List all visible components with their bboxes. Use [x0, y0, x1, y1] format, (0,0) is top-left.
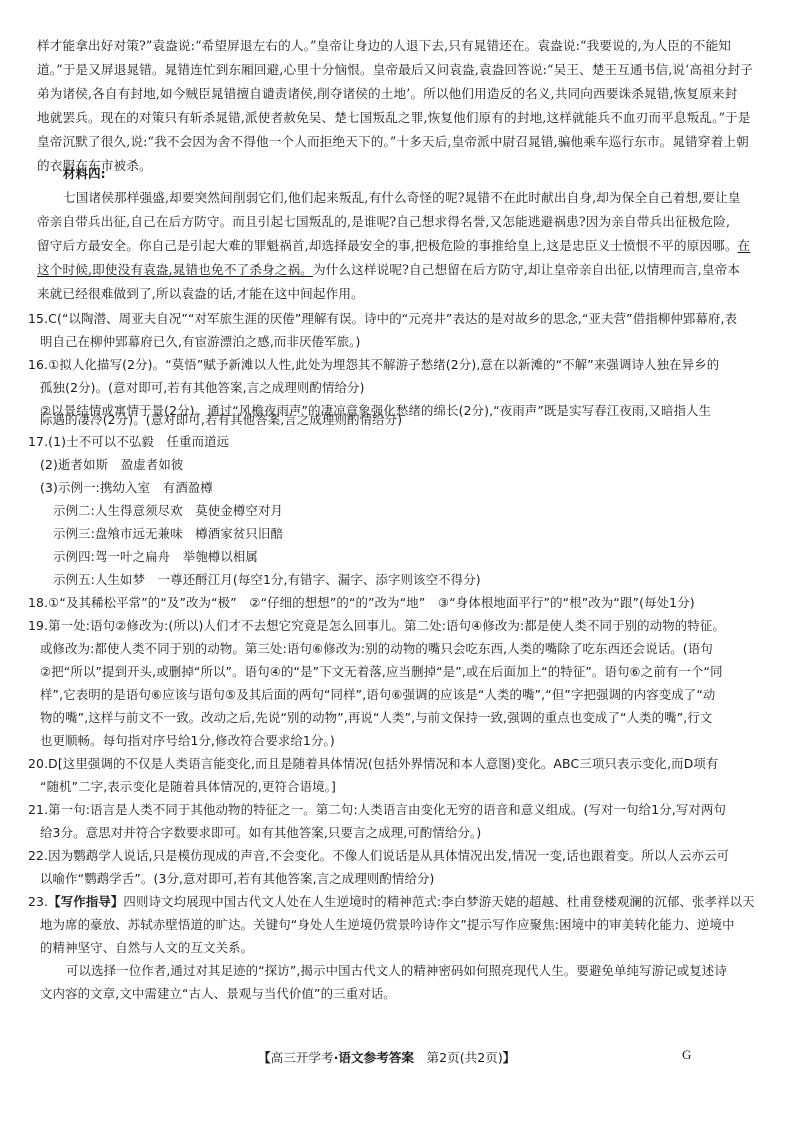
writing-guide-tag: 【写作指导】: [48, 894, 123, 909]
answer-15-line-1: 15.C(“以陶潜、周亚夫自况”“对军旅生涯的厌倦”理解有误。诗中的“元亮井”表…: [28, 311, 737, 327]
material3-line-3: 弟为诸侯,各自有封地,如今贼臣晁错擅自谴责诸侯,削夺诸侯的土地’。所以他们用造反…: [37, 86, 737, 102]
material3-line-4: 地就罢兵。现在的对策只有斩杀晁错,派使者赦免吴、楚七国叛乱之罪,恢复他们原有的封…: [37, 110, 751, 126]
answer-15-line-2: 明自己在柳仲郢幕府已久,有宦游漂泊之感,而非厌倦军旅。): [40, 334, 360, 350]
answer-23-line-5: 文内容的文章,文中需建立“古人、景观与当代价值”的三重对话。: [40, 986, 396, 1002]
answer-22-line-2: 以喻作“鹦鹉学舌”。(3分,意对即可,若有其他答案,言之成理则酌情给分): [40, 871, 435, 887]
material3-line-1: 样才能拿出好对策?”袁盎说:“希望屏退左右的人。”皇帝让身边的人退下去,只有晁错…: [37, 38, 731, 54]
answer-17-line-1: 17.(1)士不可以不弘毅 任重而道远: [28, 434, 229, 450]
material4-heading: 材料四:: [63, 166, 106, 182]
answer-20-line-1: 20.D[这里强调的不仅是人类语言能变化,而且是随着具体情况(包括外界情况和本人…: [28, 756, 718, 772]
answer-20-line-2: “随机”二字,表示变化是随着具体情况的,更符合语境。]: [40, 779, 336, 795]
material4-line-4: 这个时候,即使没有袁盎,晁错也免不了杀身之祸。为什么这样说呢?自己想留在后方防守…: [37, 262, 740, 278]
answer-17-example-5: 示例五:人生如梦 一尊还酹江月(每空1分,有错字、漏字、添字则该空不得分): [53, 572, 481, 588]
page-footer: 【高三开学考·语文参考答案 第2页(共2页)】: [258, 1047, 515, 1066]
material4-line-5: 来就已经很难做到了,所以袁盎的话,才能在这中间起作用。: [37, 286, 364, 302]
answer-19-line-2: 或修改为:都使人类不同于别的动物。第三处:语句⑥修改为:别的动物的嘴只会吃东西,…: [40, 641, 713, 657]
answer-19-line-5: 物的嘴”,这样与前文不一致。改动之后,先说“别的动物”,再说“人类”,与前文保持…: [40, 710, 712, 726]
answer-23-line-1: 23.【写作指导】四则诗文均展现中国古代文人处在人生逆境时的精神范式:李白梦游天…: [28, 894, 755, 910]
exam-name: 高三开学考: [271, 1050, 334, 1065]
material3-line-2: 道。”于是又屏退晁错。晁错连忙到东厢回避,心里十分恼恨。皇帝最后又问袁盎,袁盎回…: [37, 62, 753, 78]
answer-21-line-1: 21.第一句:语言是人类不同于其他动物的特征之一。第二句:人类语言由变化无穷的语…: [28, 802, 726, 818]
answer-23-line-3: 的精神坚守、自然与人文的互文关系。: [40, 940, 253, 956]
answer-16-line-1: 16.①拟人化描写(2分)。“莫悟”赋予新滩以人性,此处为埋怨其不解游子愁绪(2…: [28, 357, 719, 373]
answer-19-line-3: ②把“所以”提到开头,或删掉“所以”。语句④的“是”下文无着落,应当删掉“是”,…: [40, 664, 723, 680]
answer-17-line-2: (2)逝者如斯 盈虚者如彼: [40, 457, 183, 473]
answer-23-line-2: 地为席的豪放、苏轼赤壁悟道的旷达。关键句“身处人生逆境仍赏景吟诗作文”提示写作应…: [40, 917, 735, 933]
material4-line-2: 帝亲自带兵出征,自己在后方防守。而且引起七国叛乱的,是谁呢?自己想求得名誉,又怎…: [37, 214, 730, 230]
version-letter: G: [682, 1047, 691, 1063]
material4-line-1: 七国诸侯那样强盛,却要突然间削弱它们,他们起来叛乱,有什么奇怪的呢?晁错不在此时…: [63, 190, 741, 206]
answer-16-line-2: 孤独(2分)。(意对即可,若有其他答案,言之成理则酌情给分): [40, 380, 365, 396]
answer-17-example-4: 示例四:驾一叶之扁舟 举匏樽以相属: [53, 549, 258, 565]
answer-17-line-3: (3)示例一:携幼入室 有酒盈樽: [40, 480, 213, 496]
answer-16-line-4: 际遇的凄冷(2分)。(意对即可,若有其他答案,言之成理则酌情给分): [40, 412, 402, 428]
answer-17-example-2: 示例二:人生得意须尽欢 莫使金樽空对月: [53, 503, 283, 519]
answer-19-line-1: 19.第一处:语句②修改为:(所以)人们才不去想它究竟是怎么回事儿。第二处:语句…: [28, 618, 725, 634]
answer-19-line-4: 样”,它表明的是语句⑥应该与语句⑤及其后面的两句“同样”,语句⑥强调的应该是“人…: [40, 687, 715, 703]
underlined-sentence-start: 在: [738, 238, 751, 253]
answer-19-line-6: 也更顺畅。每句指对序号给1分,修改符合要求给1分。): [40, 733, 335, 749]
answer-key-page: 样才能拿出好对策?”袁盎说:“希望屏退左右的人。”皇帝让身边的人退下去,只有晁错…: [0, 0, 800, 1132]
answer-18: 18.①“及其稀松平常”的“及”改为“极” ②“仔细的想想”的“的”改为“地” …: [28, 595, 695, 611]
subject-name: 语文参考答案: [338, 1050, 414, 1065]
material4-line-3: 留守后方最安全。你自己是引起大难的罪魁祸首,却选择最安全的事,把极危险的事推给皇…: [37, 238, 750, 254]
answer-21-line-2: 给3分。意思对并符合字数要求即可。如有其他答案,只要言之成理,可酌情给分。): [40, 825, 481, 841]
material3-line-5: 皇帝沉默了很久,说:“我不会因为舍不得他一个人而拒绝天下的。”十多天后,皇帝派中…: [37, 134, 749, 150]
answer-17-example-3: 示例三:盘飧市远无兼味 樽酒家贫只旧醅: [53, 526, 283, 542]
page-number: 第2页(共2页): [427, 1050, 503, 1065]
underlined-sentence: 这个时候,即使没有袁盎,晁错也免不了杀身之祸。: [37, 262, 313, 277]
answer-23-line-4: 可以选择一位作者,通过对其足迹的“探访”,揭示中国古代文人的精神密码如何照亮现代…: [66, 963, 727, 979]
answer-22-line-1: 22.因为鹦鹉学人说话,只是模仿现成的声音,不会变化。不像人们说话是从具体情况出…: [28, 848, 729, 864]
